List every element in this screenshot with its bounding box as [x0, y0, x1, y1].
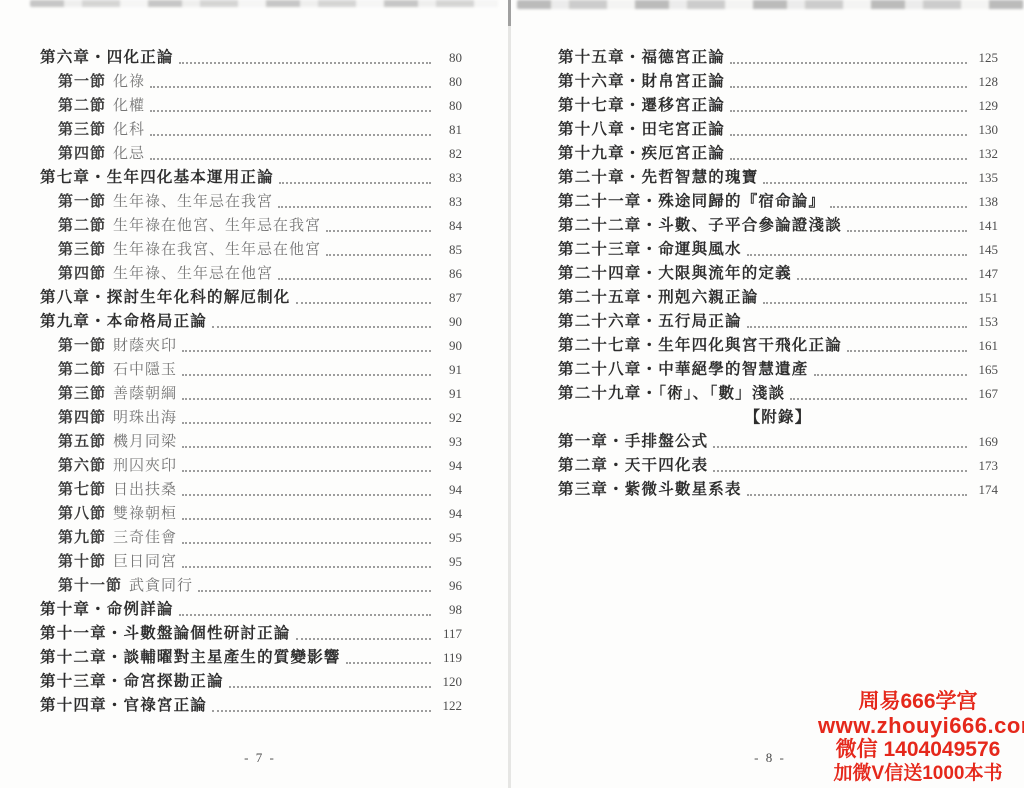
- dotted-leader: [182, 494, 431, 496]
- page-ref: 94: [434, 478, 462, 502]
- page-ref: 86: [434, 262, 462, 286]
- chapter-title: 第二十一章・殊途同歸的『宿命論』: [558, 190, 825, 214]
- toc-entry: 第一節財蔭夾印90: [40, 334, 462, 358]
- page-ref: 120: [434, 670, 462, 694]
- page-ref: 161: [970, 334, 998, 358]
- toc-entry: 第二十六章・五行局正論153: [558, 310, 998, 334]
- dotted-leader: [212, 326, 431, 328]
- page-ref: 132: [970, 142, 998, 166]
- toc-entry: 第二十八章・中華絕學的智慧遺產165: [558, 358, 998, 382]
- toc-entry: 【附錄】: [558, 406, 998, 430]
- section-prefix: 第八節: [58, 502, 106, 526]
- toc-entry: 第九章・本命格局正論90: [40, 310, 462, 334]
- section-title: 生年祿在我宮、生年忌在他宮: [113, 238, 321, 262]
- page-ref: 153: [970, 310, 998, 334]
- dotted-leader: [763, 182, 967, 184]
- dotted-leader: [326, 254, 431, 256]
- dotted-leader: [713, 446, 967, 448]
- section-title: 石中隱玉: [113, 358, 177, 382]
- page-ref: 83: [434, 190, 462, 214]
- toc-entry: 第十八章・田宅宮正論130: [558, 118, 998, 142]
- toc-entry: 第八節雙祿朝桓94: [40, 502, 462, 526]
- chapter-title: 第十七章・遷移宮正論: [558, 94, 725, 118]
- page-ref: 169: [970, 430, 998, 454]
- page-ref: 135: [970, 166, 998, 190]
- toc-entry: 第七章・生年四化基本運用正論83: [40, 166, 462, 190]
- toc-entry: 第七節日出扶桑94: [40, 478, 462, 502]
- chapter-title: 第二十五章・刑剋六親正論: [558, 286, 758, 310]
- toc-entry: 第一節化祿80: [40, 70, 462, 94]
- page-ref: 151: [970, 286, 998, 310]
- section-prefix: 第六節: [58, 454, 106, 478]
- chapter-title: 第十五章・福德宮正論: [558, 46, 725, 70]
- page-ref: 95: [434, 550, 462, 574]
- toc-entry: 第二十五章・刑剋六親正論151: [558, 286, 998, 310]
- chapter-title: 第三章・紫微斗數星系表: [558, 478, 742, 502]
- dotted-leader: [847, 230, 967, 232]
- page-ref: 92: [434, 406, 462, 430]
- chapter-title: 第二十章・先哲智慧的瑰寶: [558, 166, 758, 190]
- section-prefix: 第一節: [58, 70, 106, 94]
- page-ref: 90: [434, 334, 462, 358]
- chapter-title: 第八章・探討生年化科的解厄制化: [40, 286, 291, 310]
- toc-entry: 第十二章・談輔曜對主星產生的質變影響119: [40, 646, 462, 670]
- toc-entry: 第二十一章・殊途同歸的『宿命論』138: [558, 190, 998, 214]
- dotted-leader: [730, 62, 967, 64]
- page-ref: 90: [434, 310, 462, 334]
- watermark-url: www.zhouyi666.com: [818, 714, 1018, 738]
- page-ref: 141: [970, 214, 998, 238]
- page-ref: 98: [434, 598, 462, 622]
- page-ref: 93: [434, 430, 462, 454]
- toc-entry: 第二十九章・「術」、「數」淺談167: [558, 382, 998, 406]
- toc-entry: 第一節生年祿、生年忌在我宮83: [40, 190, 462, 214]
- dotted-leader: [763, 302, 967, 304]
- section-title: 生年祿、生年忌在我宮: [113, 190, 273, 214]
- section-prefix: 第十節: [58, 550, 106, 574]
- page-ref: 95: [434, 526, 462, 550]
- section-prefix: 第四節: [58, 406, 106, 430]
- dotted-leader: [730, 86, 967, 88]
- dotted-leader: [229, 686, 431, 688]
- toc-entry: 第十七章・遷移宮正論129: [558, 94, 998, 118]
- toc-entry: 第十一章・斗數盤論個性研討正論117: [40, 622, 462, 646]
- toc-entry: 第一章・手排盤公式169: [558, 430, 998, 454]
- toc-entry: 第三節善蔭朝綱91: [40, 382, 462, 406]
- toc-entry: 第六章・四化正論80: [40, 46, 462, 70]
- chapter-title: 第九章・本命格局正論: [40, 310, 207, 334]
- toc-entry: 第十一節武貪同行96: [40, 574, 462, 598]
- dotted-leader: [747, 326, 967, 328]
- dotted-leader: [179, 62, 431, 64]
- toc-entry: 第十節巨日同宮95: [40, 550, 462, 574]
- page-ref: 117: [434, 622, 462, 646]
- toc-entry: 第二十七章・生年四化與宮干飛化正論161: [558, 334, 998, 358]
- page-ref: 94: [434, 454, 462, 478]
- page-ref: 96: [434, 574, 462, 598]
- dotted-leader: [730, 158, 967, 160]
- watermark-wechat-id: 微信 1404049576: [818, 738, 1018, 762]
- dotted-leader: [830, 206, 967, 208]
- dotted-leader: [150, 158, 431, 160]
- toc-entry: 第二節化權80: [40, 94, 462, 118]
- page-ref: 80: [434, 46, 462, 70]
- dotted-leader: [182, 542, 431, 544]
- section-prefix: 第一節: [58, 334, 106, 358]
- scan-artifact-top-right: [517, 0, 1024, 9]
- page-ref: 147: [970, 262, 998, 286]
- toc-entry: 第三節化科81: [40, 118, 462, 142]
- page-ref: 91: [434, 358, 462, 382]
- chapter-title: 第十三章・命宮探勘正論: [40, 670, 224, 694]
- page-ref: 145: [970, 238, 998, 262]
- right-page-number: - 8 -: [740, 750, 800, 766]
- section-title: 善蔭朝綱: [113, 382, 177, 406]
- toc-entry: 第二十三章・命運與風水145: [558, 238, 998, 262]
- section-title: 財蔭夾印: [113, 334, 177, 358]
- page-ref: 174: [970, 478, 998, 502]
- chapter-title: 第十二章・談輔曜對主星產生的質變影響: [40, 646, 341, 670]
- toc-entry: 第四節明珠出海92: [40, 406, 462, 430]
- toc-entry: 第十章・命例詳論98: [40, 598, 462, 622]
- page-ref: 82: [434, 142, 462, 166]
- chapter-title: 第十八章・田宅宮正論: [558, 118, 725, 142]
- chapter-title: 第二十六章・五行局正論: [558, 310, 742, 334]
- page-ref: 91: [434, 382, 462, 406]
- toc-entry: 第四節生年祿、生年忌在他宮86: [40, 262, 462, 286]
- page-ref: 138: [970, 190, 998, 214]
- section-title: 巨日同宮: [113, 550, 177, 574]
- page-ref: 119: [434, 646, 462, 670]
- section-prefix: 第三節: [58, 118, 106, 142]
- section-prefix: 第二節: [58, 94, 106, 118]
- section-prefix: 第二節: [58, 214, 106, 238]
- dotted-leader: [182, 350, 431, 352]
- page-ref: 173: [970, 454, 998, 478]
- toc-entry: 第九節三奇佳會95: [40, 526, 462, 550]
- chapter-title: 第二十二章・斗數、子平合參論證淺談: [558, 214, 842, 238]
- dotted-leader: [179, 614, 431, 616]
- chapter-title: 第二十八章・中華絕學的智慧遺產: [558, 358, 809, 382]
- chapter-title: 第六章・四化正論: [40, 46, 174, 70]
- section-title: 化權: [113, 94, 145, 118]
- toc-entry: 第二十二章・斗數、子平合參論證淺談141: [558, 214, 998, 238]
- dotted-leader: [182, 398, 431, 400]
- section-title: 三奇佳會: [113, 526, 177, 550]
- page-ref: 94: [434, 502, 462, 526]
- dotted-leader: [278, 206, 431, 208]
- dotted-leader: [182, 518, 431, 520]
- section-title: 化祿: [113, 70, 145, 94]
- toc-entry: 第四節化忌82: [40, 142, 462, 166]
- page-ref: 80: [434, 70, 462, 94]
- page-ref: 122: [434, 694, 462, 718]
- page-ref: 83: [434, 166, 462, 190]
- section-prefix: 第七節: [58, 478, 106, 502]
- dotted-leader: [182, 446, 431, 448]
- dotted-leader: [182, 566, 431, 568]
- scan-artifact-top-left: [30, 0, 498, 7]
- section-title: 化科: [113, 118, 145, 142]
- page-ref: 125: [970, 46, 998, 70]
- section-prefix: 第四節: [58, 262, 106, 286]
- dotted-leader: [747, 254, 967, 256]
- page-ref: 165: [970, 358, 998, 382]
- appendix-heading: 【附錄】: [745, 406, 812, 430]
- section-title: 機月同梁: [113, 430, 177, 454]
- watermark-site-name: 周易666学宫: [818, 690, 1018, 714]
- page-ref: 87: [434, 286, 462, 310]
- toc-entry: 第十九章・疾厄宮正論132: [558, 142, 998, 166]
- toc-entry: 第十六章・財帛宮正論128: [558, 70, 998, 94]
- toc-entry: 第二節生年祿在他宮、生年忌在我宮84: [40, 214, 462, 238]
- chapter-title: 第十章・命例詳論: [40, 598, 174, 622]
- book-spread: 第六章・四化正論80第一節化祿80第二節化權80第三節化科81第四節化忌82第七…: [0, 0, 1024, 788]
- left-page-toc: 第六章・四化正論80第一節化祿80第二節化權80第三節化科81第四節化忌82第七…: [40, 46, 462, 718]
- toc-entry: 第二十章・先哲智慧的瑰寶135: [558, 166, 998, 190]
- section-prefix: 第一節: [58, 190, 106, 214]
- chapter-title: 第二十四章・大限與流年的定義: [558, 262, 792, 286]
- dotted-leader: [279, 182, 431, 184]
- section-title: 刑囚夾印: [113, 454, 177, 478]
- chapter-title: 第二章・天干四化表: [558, 454, 708, 478]
- page-ref: 80: [434, 94, 462, 118]
- section-title: 化忌: [113, 142, 145, 166]
- page-gutter-line: [508, 0, 511, 788]
- chapter-title: 第二十九章・「術」、「數」淺談: [558, 382, 785, 406]
- dotted-leader: [150, 86, 431, 88]
- dotted-leader: [730, 134, 967, 136]
- section-title: 生年祿、生年忌在他宮: [113, 262, 273, 286]
- section-prefix: 第三節: [58, 238, 106, 262]
- chapter-title: 第十六章・財帛宮正論: [558, 70, 725, 94]
- page-ref: 81: [434, 118, 462, 142]
- chapter-title: 第十九章・疾厄宮正論: [558, 142, 725, 166]
- dotted-leader: [747, 494, 967, 496]
- page-ref: 128: [970, 70, 998, 94]
- section-title: 武貪同行: [129, 574, 193, 598]
- chapter-title: 第十四章・官祿宮正論: [40, 694, 207, 718]
- watermark-promo-line: 加微V信送1000本书: [818, 762, 1018, 786]
- dotted-leader: [182, 422, 431, 424]
- section-title: 生年祿在他宮、生年忌在我宮: [113, 214, 321, 238]
- toc-entry: 第十三章・命宮探勘正論120: [40, 670, 462, 694]
- section-title: 日出扶桑: [113, 478, 177, 502]
- dotted-leader: [182, 374, 431, 376]
- watermark: 周易666学宫 www.zhouyi666.com 微信 1404049576 …: [818, 690, 1018, 786]
- page-ref: 167: [970, 382, 998, 406]
- dotted-leader: [198, 590, 431, 592]
- page-ref: 129: [970, 94, 998, 118]
- page-ref: 85: [434, 238, 462, 262]
- page-ref: 84: [434, 214, 462, 238]
- section-prefix: 第五節: [58, 430, 106, 454]
- section-prefix: 第三節: [58, 382, 106, 406]
- toc-entry: 第八章・探討生年化科的解厄制化87: [40, 286, 462, 310]
- dotted-leader: [150, 134, 431, 136]
- section-prefix: 第四節: [58, 142, 106, 166]
- toc-entry: 第三節生年祿在我宮、生年忌在他宮85: [40, 238, 462, 262]
- toc-entry: 第十五章・福德宮正論125: [558, 46, 998, 70]
- chapter-title: 第七章・生年四化基本運用正論: [40, 166, 274, 190]
- dotted-leader: [847, 350, 967, 352]
- toc-entry: 第二節石中隱玉91: [40, 358, 462, 382]
- toc-entry: 第十四章・官祿宮正論122: [40, 694, 462, 718]
- toc-entry: 第三章・紫微斗數星系表174: [558, 478, 998, 502]
- dotted-leader: [296, 638, 431, 640]
- dotted-leader: [790, 398, 967, 400]
- chapter-title: 第二十七章・生年四化與宮干飛化正論: [558, 334, 842, 358]
- section-prefix: 第九節: [58, 526, 106, 550]
- section-prefix: 第十一節: [58, 574, 122, 598]
- dotted-leader: [212, 710, 431, 712]
- dotted-leader: [278, 278, 431, 280]
- toc-entry: 第二章・天干四化表173: [558, 454, 998, 478]
- chapter-title: 第十一章・斗數盤論個性研討正論: [40, 622, 291, 646]
- dotted-leader: [797, 278, 967, 280]
- left-page-number: - 7 -: [230, 750, 290, 766]
- dotted-leader: [150, 110, 431, 112]
- dotted-leader: [814, 374, 967, 376]
- dotted-leader: [182, 470, 431, 472]
- section-title: 明珠出海: [113, 406, 177, 430]
- toc-entry: 第五節機月同梁93: [40, 430, 462, 454]
- toc-entry: 第六節刑囚夾印94: [40, 454, 462, 478]
- chapter-title: 第一章・手排盤公式: [558, 430, 708, 454]
- chapter-title: 第二十三章・命運與風水: [558, 238, 742, 262]
- page-ref: 130: [970, 118, 998, 142]
- dotted-leader: [296, 302, 431, 304]
- dotted-leader: [346, 662, 431, 664]
- toc-entry: 第二十四章・大限與流年的定義147: [558, 262, 998, 286]
- dotted-leader: [326, 230, 431, 232]
- dotted-leader: [730, 110, 967, 112]
- section-prefix: 第二節: [58, 358, 106, 382]
- section-title: 雙祿朝桓: [113, 502, 177, 526]
- right-page-toc: 第十五章・福德宮正論125第十六章・財帛宮正論128第十七章・遷移宮正論129第…: [558, 46, 998, 502]
- dotted-leader: [713, 470, 967, 472]
